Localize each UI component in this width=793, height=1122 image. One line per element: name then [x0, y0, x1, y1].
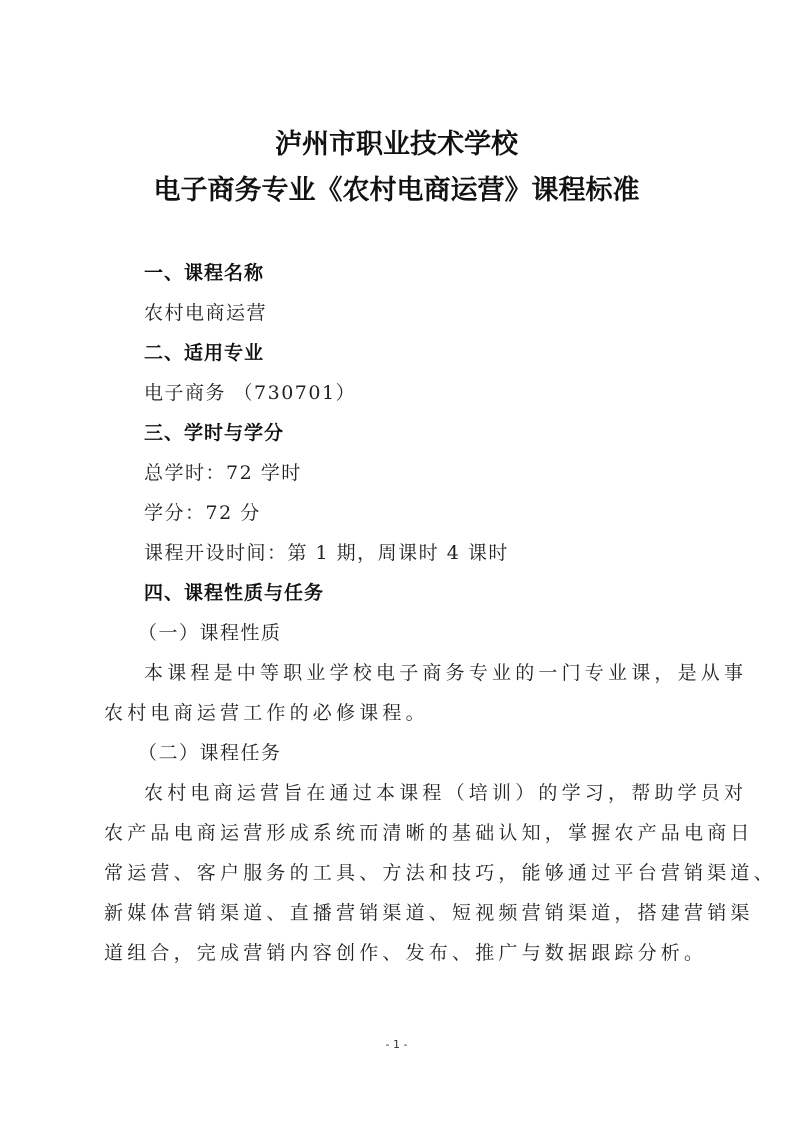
section-heading-course-name: 一、课程名称 — [144, 258, 264, 285]
tasks-paragraph-line: 新媒体营销渠道、直播营销渠道、短视频营销渠道，搭建营销渠 — [104, 898, 694, 925]
document-title-course: 电子商务专业《农村电商运营》课程标准 — [0, 168, 793, 207]
schedule-text: 课程开设时间：第 1 期，周课时 4 课时 — [144, 538, 509, 565]
credits-text: 学分：72 分 — [144, 498, 261, 525]
tasks-paragraph-line: 道组合，完成营销内容创作、发布、推广与数据跟踪分析。 — [104, 938, 694, 965]
tasks-paragraph-line: 常运营、客户服务的工具、方法和技巧，能够通过平台营销渠道、 — [104, 858, 694, 885]
subheading-tasks: （二）课程任务 — [138, 738, 282, 765]
total-hours-text: 总学时：72 学时 — [144, 458, 302, 485]
nature-paragraph-line: 农村电商运营工作的必修课程。 — [104, 698, 694, 725]
section-heading-major: 二、适用专业 — [144, 338, 264, 365]
course-name-text: 农村电商运营 — [144, 298, 267, 325]
nature-paragraph-line: 本课程是中等职业学校电子商务专业的一门专业课，是从事 — [144, 658, 734, 685]
section-heading-nature-tasks: 四、课程性质与任务 — [144, 578, 324, 605]
major-text: 电子商务 （730701） — [144, 378, 356, 405]
tasks-paragraph-line: 农产品电商运营形成系统而清晰的基础认知，掌握农产品电商日 — [104, 818, 694, 845]
subheading-nature: （一）课程性质 — [138, 618, 282, 645]
tasks-paragraph-line: 农村电商运营旨在通过本课程（培训）的学习，帮助学员对 — [144, 778, 734, 805]
document-title-school: 泸州市职业技术学校 — [0, 122, 793, 161]
page-number: - 1 - — [0, 1038, 793, 1051]
section-heading-hours-credits: 三、学时与学分 — [144, 418, 284, 445]
